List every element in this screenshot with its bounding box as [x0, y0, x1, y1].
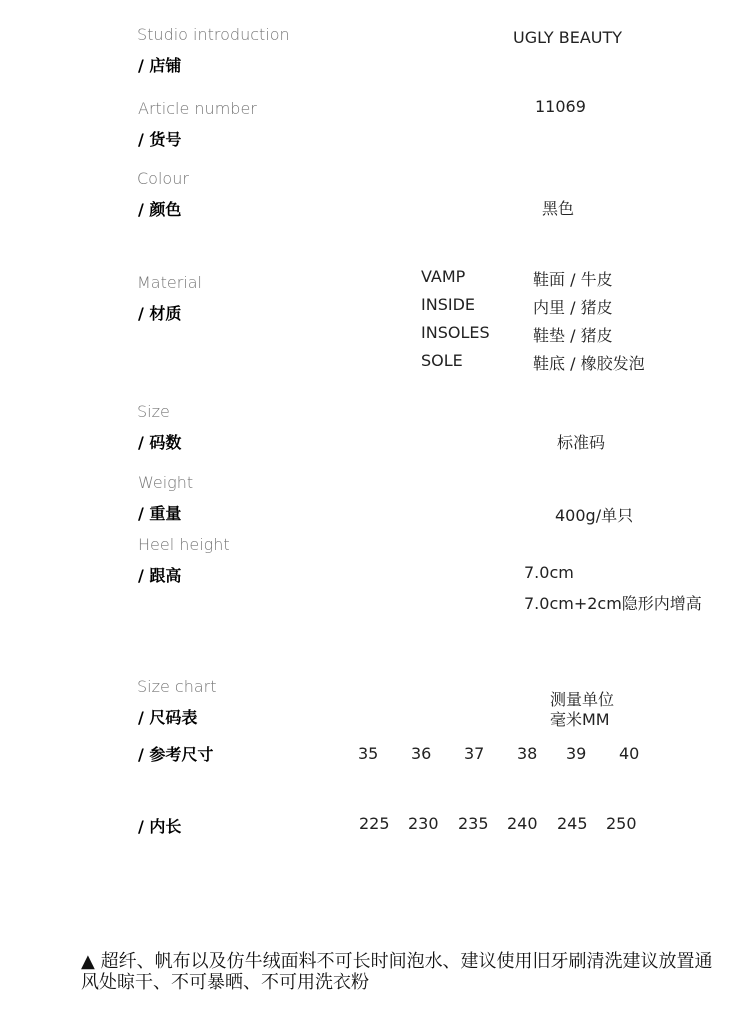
- heel-value: 7.0cm: [524, 563, 574, 582]
- length-cell: 250: [606, 814, 637, 833]
- ref-size-label: / 参考尺寸: [138, 742, 213, 765]
- colour-label-en: Colour: [137, 169, 189, 188]
- inner-length-label: / 内长: [138, 814, 181, 837]
- colour-value: 黑色: [542, 196, 574, 219]
- heel-label-en: Heel height: [138, 535, 230, 554]
- studio-label-en: Studio introduction: [137, 25, 290, 44]
- material-label-en: Material: [137, 273, 202, 292]
- studio-value: UGLY BEAUTY: [513, 28, 622, 47]
- heel-label-cn: / 跟高: [138, 563, 181, 586]
- material-part: INSOLES: [421, 323, 490, 342]
- material-desc: 鞋底 / 橡胶发泡: [533, 351, 645, 374]
- size-cell: 36: [411, 744, 431, 763]
- article-label-cn: / 货号: [138, 127, 181, 150]
- weight-label-en: Weight: [138, 473, 193, 492]
- article-label-en: Article number: [138, 99, 257, 118]
- size-cell: 38: [517, 744, 537, 763]
- length-cell: 230: [408, 814, 439, 833]
- size-cell: 40: [619, 744, 639, 763]
- care-note: ▲ 超纤、帆布以及仿牛绒面料不可长时间泡水、建议使用旧牙刷清洗建议放置通风处晾干…: [81, 951, 721, 993]
- heel-value-extra: 7.0cm+2cm隐形内增高: [524, 591, 702, 614]
- material-part: VAMP: [421, 267, 465, 286]
- studio-label-cn: / 店铺: [138, 53, 181, 76]
- weight-label-cn: / 重量: [138, 501, 181, 524]
- material-label-cn: / 材质: [138, 301, 181, 324]
- size-cell: 39: [566, 744, 586, 763]
- length-cell: 245: [557, 814, 588, 833]
- size-value: 标准码: [557, 430, 605, 453]
- length-cell: 240: [507, 814, 538, 833]
- material-part: INSIDE: [421, 295, 475, 314]
- material-desc: 鞋面 / 牛皮: [533, 267, 613, 290]
- length-cell: 225: [359, 814, 390, 833]
- material-desc: 鞋垫 / 猪皮: [533, 323, 613, 346]
- size-label-en: Size: [137, 402, 170, 421]
- size-cell: 37: [464, 744, 484, 763]
- colour-label-cn: / 颜色: [138, 197, 181, 220]
- size-chart-label-cn: / 尺码表: [138, 705, 197, 728]
- weight-value: 400g/单只: [555, 503, 633, 526]
- article-value: 11069: [535, 97, 586, 116]
- material-part: SOLE: [421, 351, 463, 370]
- size-chart-label-en: Size chart: [137, 677, 217, 696]
- material-desc: 内里 / 猪皮: [533, 295, 613, 318]
- size-cell: 35: [358, 744, 378, 763]
- size-label-cn: / 码数: [138, 430, 181, 453]
- unit-line2: 毫米MM: [550, 707, 610, 730]
- length-cell: 235: [458, 814, 489, 833]
